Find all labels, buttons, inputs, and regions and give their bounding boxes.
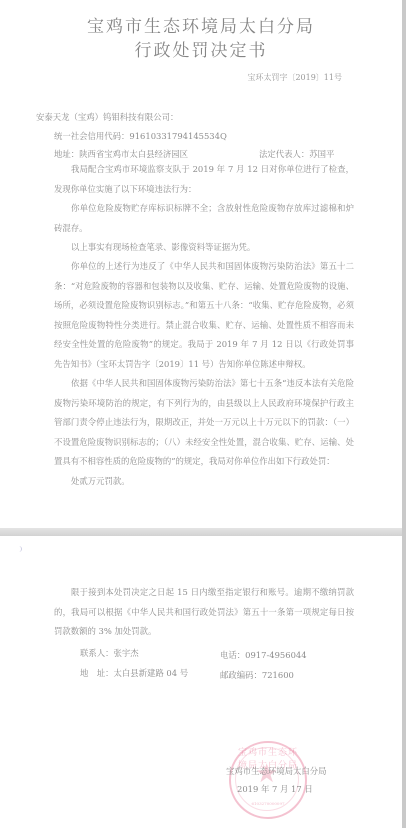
office-address-label: 地 址： <box>80 668 114 678</box>
paragraph-penalty: 处贰万元罚款。 <box>54 472 354 492</box>
contact-value: 张宇杰 <box>114 648 139 658</box>
postcode-label: 邮政编码： <box>220 670 262 680</box>
official-seal: 宝鸡市生态环境局太白分局 ★ 6103270000097 <box>229 741 307 819</box>
document-number: 宝环太罚字〔2019〕11号 <box>247 72 342 83</box>
signature-date: 2019 年 7 月 17 日 <box>237 783 313 795</box>
credit-code-row: 统一社会信用代码：91610331794145534Q <box>54 131 227 141</box>
contact-label: 联系人： <box>80 648 114 658</box>
office-address-row: 地 址：太白县新建路 04 号 <box>80 668 188 678</box>
scan-mark-icon <box>16 546 22 552</box>
phone-row: 电话：0917-4956044 <box>220 650 307 660</box>
viewer-scrollbar[interactable] <box>402 0 406 828</box>
legal-rep-row: 法定代表人：苏国平 <box>259 149 334 159</box>
contact-row: 联系人：张宇杰 <box>80 648 139 658</box>
document-page-1: 宝鸡市生态环境局太白分局 行政处罚决定书 宝环太罚字〔2019〕11号 安泰天龙… <box>0 0 402 528</box>
office-address-value: 太白县新建路 04 号 <box>114 668 189 678</box>
address-row: 地址：陕西省宝鸡市太白县经济园区 <box>54 149 188 159</box>
issuer-title: 宝鸡市生态环境局太白分局 <box>0 12 402 37</box>
signature-org: 宝鸡市生态环境局太白分局 <box>226 765 327 777</box>
paragraph-legal-basis: 你单位的上述行为违反了《中华人民共和国固体废物污染防治法》第五十二条：“对危险废… <box>54 257 354 374</box>
paragraph-payment: 限于接到本处罚决定之日起 15 日内缴至指定银行和账号。逾期不缴纳罚款的，我局可… <box>54 583 354 642</box>
legal-rep-label: 法定代表人： <box>259 149 309 159</box>
address-value: 陕西省宝鸡市太白县经济园区 <box>79 149 188 159</box>
postcode-value: 721600 <box>262 670 294 680</box>
address-label: 地址： <box>54 149 79 159</box>
credit-code-label: 统一社会信用代码： <box>54 131 129 141</box>
paragraph-inspection: 我局配合宝鸡市环境监察支队于 2019 年 7 月 12 日对你单位进行了检查，… <box>54 160 354 199</box>
paragraph-violation: 你单位危险废物贮存库标识标牌不全；含放射性危险废物存放库过滤棉和炉砖混存。 <box>54 199 354 238</box>
legal-rep-value: 苏国平 <box>309 149 334 159</box>
document-page-2 <box>0 536 402 828</box>
document-title: 行政处罚决定书 <box>0 36 402 61</box>
recipient: 安泰天龙（宝鸡）钨钼科技有限公司： <box>36 112 178 122</box>
page-separator <box>0 528 402 536</box>
paragraph-evidence: 以上事实有现场检查笔录、影像资料等证据为凭。 <box>54 238 354 258</box>
seal-code: 6103270000097 <box>245 801 291 806</box>
credit-code-value: 91610331794145534Q <box>129 131 226 141</box>
postcode-row: 邮政编码：721600 <box>220 670 294 680</box>
paragraph-penalty-basis: 依据《中华人民共和国固体废物污染防治法》第七十五条“违反本法有关危险废物污染环境… <box>54 374 354 472</box>
phone-label: 电话： <box>220 650 245 660</box>
phone-value: 0917-4956044 <box>245 650 306 660</box>
